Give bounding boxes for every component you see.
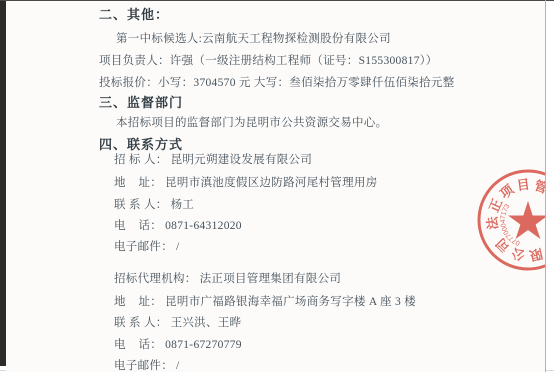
- agency-phone-value: 0871-67270779: [165, 339, 242, 351]
- agency-email-row: 电子邮件：/: [114, 357, 180, 372]
- agency-contact-value: 王兴洪、王晔: [171, 317, 242, 329]
- svg-text:公: 公: [509, 245, 527, 263]
- agency-phone-label: 电 话：: [114, 339, 162, 351]
- agency-contact-label: 联 系 人：: [114, 317, 168, 329]
- svg-text:法: 法: [485, 215, 501, 230]
- tenderer-name-value: 昆明元朔建设发展有限公司: [171, 154, 313, 166]
- tenderer-email-label: 电子邮件：: [114, 241, 173, 253]
- agency-email-label: 电子邮件：: [114, 360, 173, 372]
- agency-name-label: 招标代理机构：: [114, 273, 197, 285]
- agency-phone-row: 电 话：0871-67270779: [114, 336, 242, 352]
- supervision-body: 本招标项目的监督部门为昆明市公共资源交易中心。: [116, 114, 387, 130]
- agency-name-row: 招标代理机构：法正项目管理集团有限公司: [114, 270, 341, 286]
- tenderer-name-label: 招 标 人：: [114, 154, 168, 166]
- svg-text:项: 项: [497, 181, 517, 201]
- agency-address-row: 地 址：昆明市广福路银海幸福广场商务写字楼 A 座 3 楼: [114, 293, 416, 309]
- scan-edge-right: [545, 0, 546, 372]
- tenderer-contact-row: 联 系 人：杨工: [114, 196, 194, 212]
- seal-star-icon: [508, 201, 545, 239]
- agency-address-value: 昆明市广福路银海幸福广场商务写字楼 A 座 3 楼: [165, 296, 416, 308]
- svg-text:目: 目: [516, 177, 531, 194]
- tenderer-email-value: /: [176, 241, 180, 253]
- tenderer-phone-label: 电 话：: [114, 220, 162, 232]
- section-other-heading: 二、其他：: [99, 4, 169, 23]
- tenderer-address-label: 地 址：: [114, 177, 162, 189]
- document-page: 二、其他： 第一中标候选人:云南航天工程物探检测股份有限公司 项目负责人：许强（…: [6, 1, 545, 372]
- first-bid-candidate-line: 第一中标候选人:云南航天工程物探检测股份有限公司: [116, 30, 391, 46]
- agency-email-value: /: [176, 360, 180, 372]
- tenderer-contact-label: 联 系 人：: [114, 199, 168, 211]
- section-supervision-heading: 三、监督部门: [99, 92, 183, 111]
- svg-text:管: 管: [532, 178, 545, 197]
- agency-contact-row: 联 系 人：王兴洪、王晔: [114, 314, 241, 330]
- tenderer-email-row: 电子邮件：/: [114, 238, 180, 254]
- tenderer-address-value: 昆明市滇池度假区边防路河尾村管理用房: [165, 177, 377, 189]
- tenderer-name-row: 招 标 人：昆明元朔建设发展有限公司: [114, 151, 312, 167]
- tenderer-phone-row: 电 话：0871-64312020: [114, 217, 242, 233]
- company-seal: 法正项目管理集团有限公司 371740007770: [450, 147, 545, 297]
- agency-address-label: 地 址：: [114, 296, 162, 308]
- tenderer-address-row: 地 址：昆明市滇池度假区边防路河尾村管理用房: [114, 174, 378, 190]
- tenderer-contact-value: 杨工: [171, 199, 195, 211]
- project-manager-line: 项目负责人：许强（一级注册结构工程师（证号：S155300817））: [99, 52, 438, 68]
- tenderer-phone-value: 0871-64312020: [165, 220, 242, 232]
- scanned-tender-document: { "doc": { "section_other": { "heading":…: [0, 0, 554, 372]
- bid-price-line: 投标报价：小写：3704570 元 大写：叁佰柒拾万零肆仟伍佰柒拾元整: [99, 74, 455, 90]
- agency-name-value: 法正项目管理集团有限公司: [200, 273, 342, 285]
- svg-text:限: 限: [528, 246, 544, 264]
